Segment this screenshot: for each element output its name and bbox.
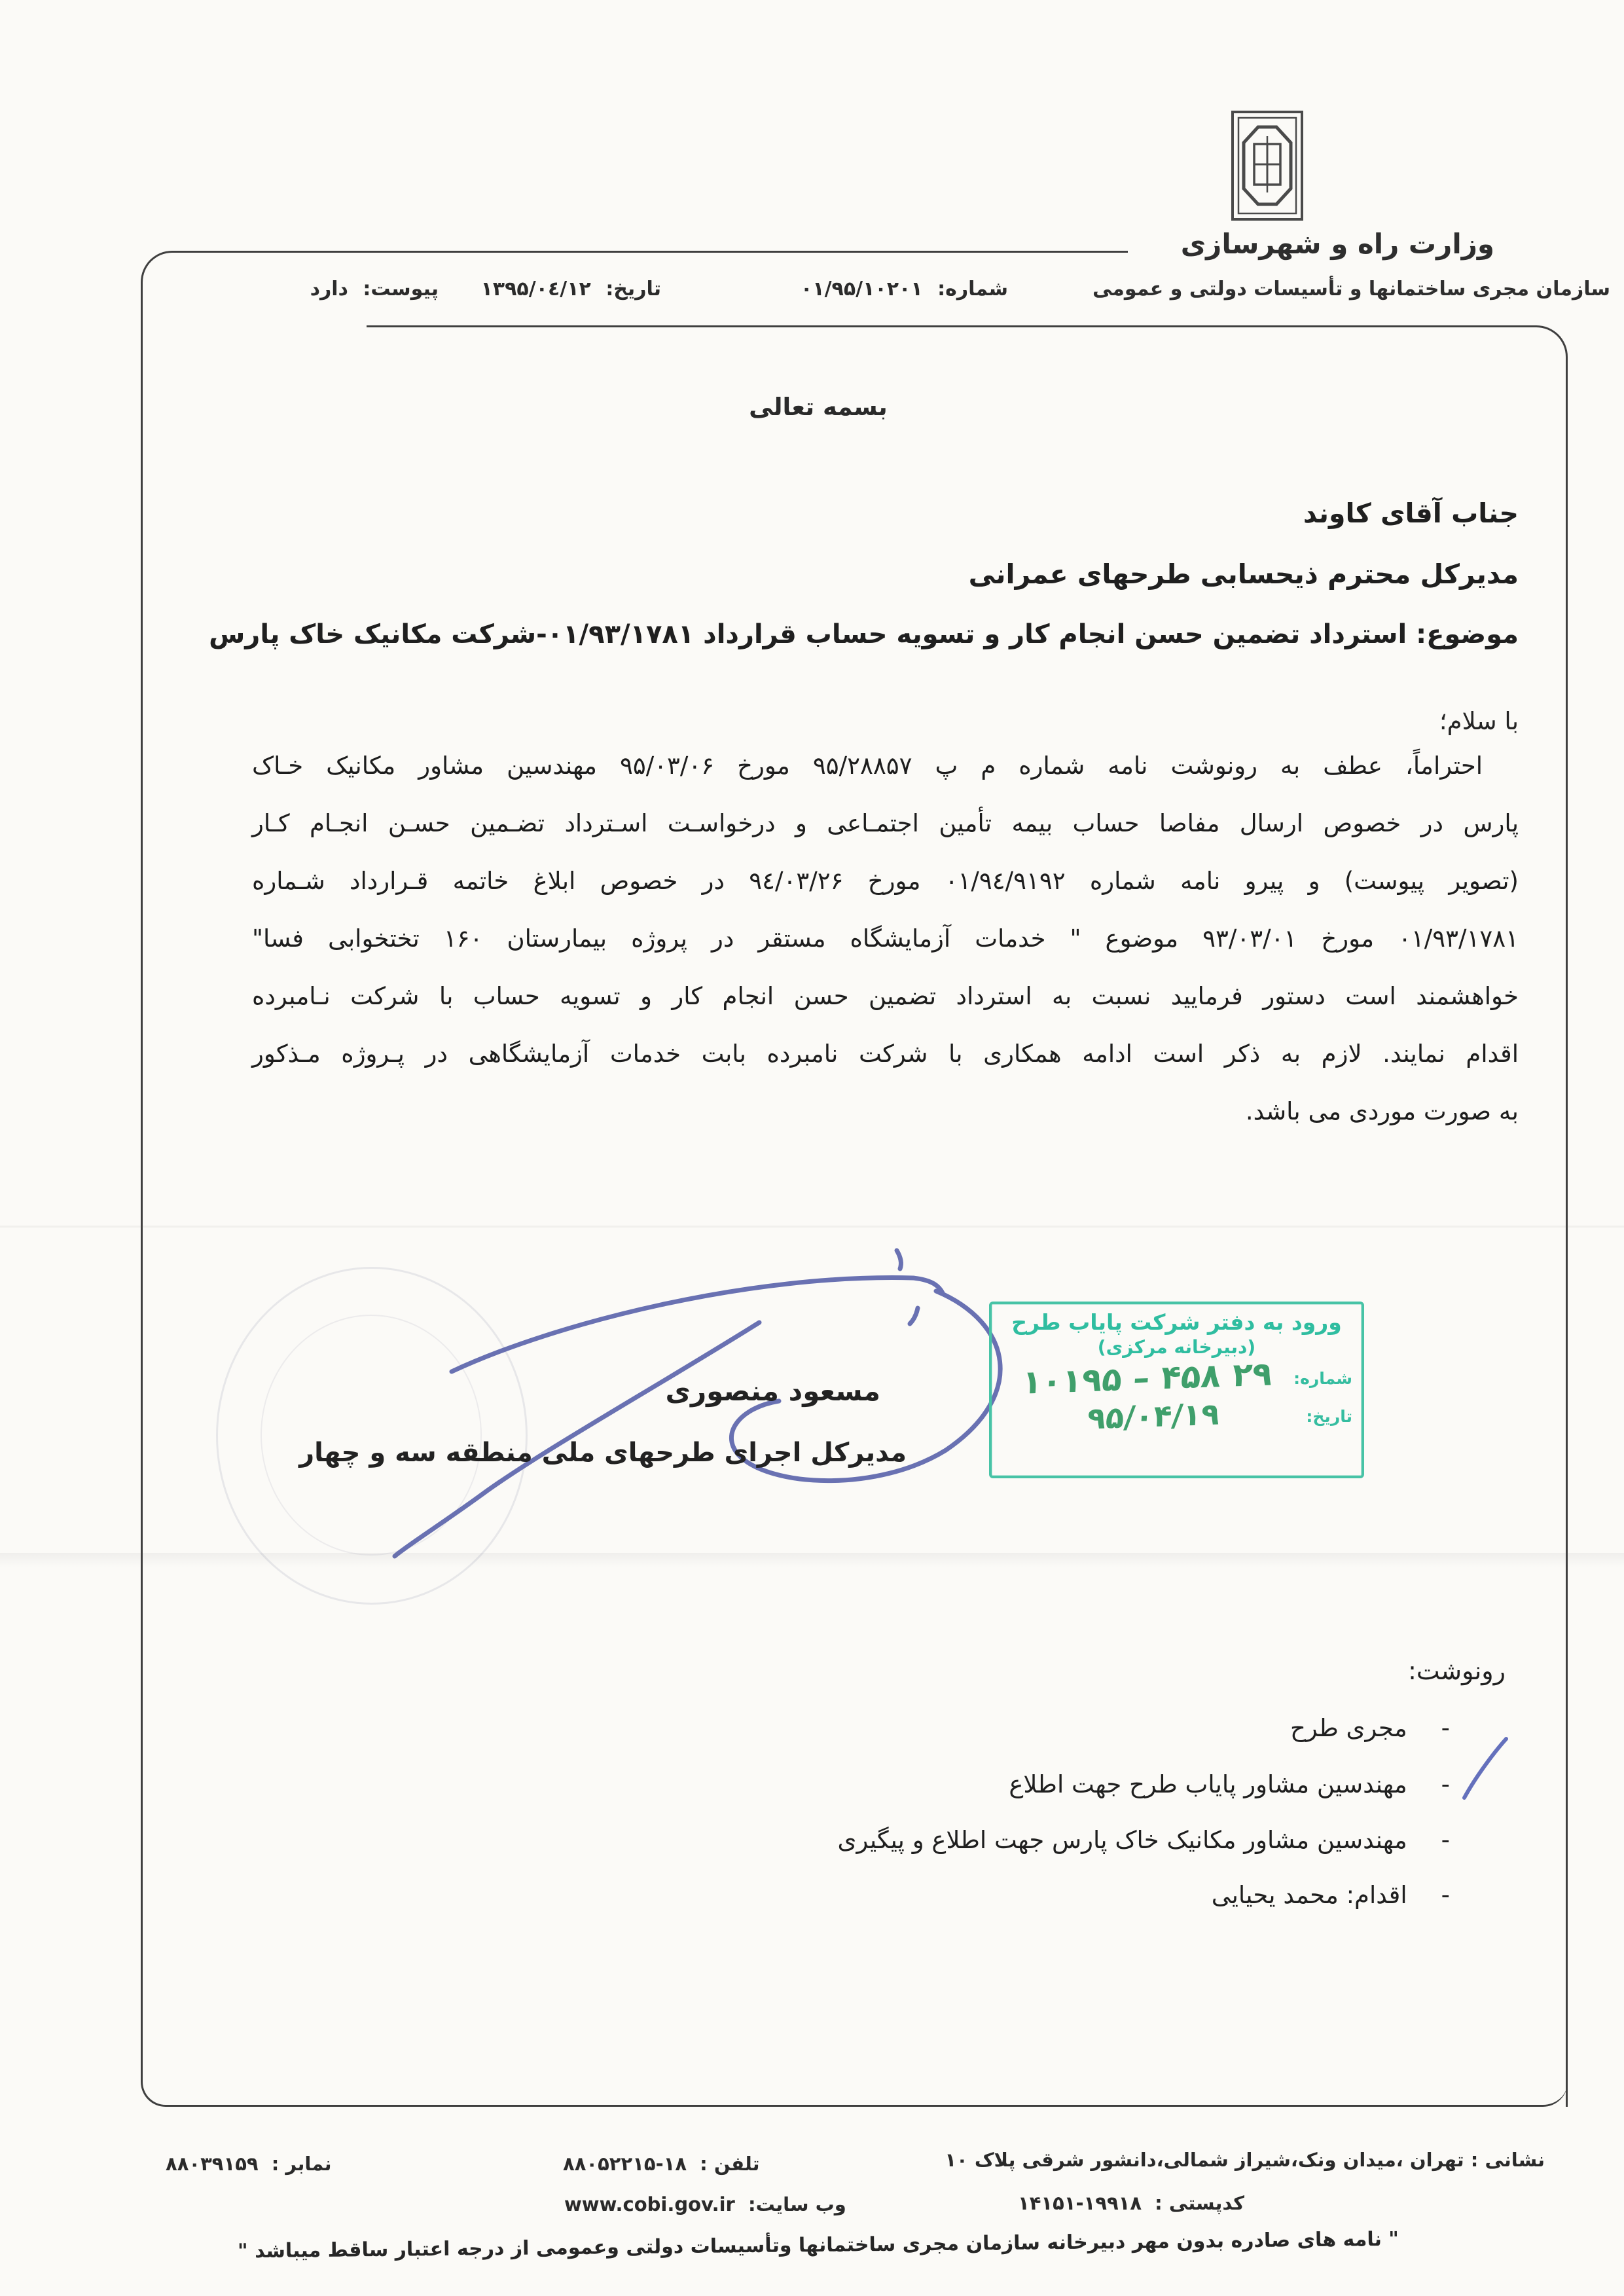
cc-item-3: -مهندسین مشاور مکانیک خاک پارس جهت اطلاع… [838, 1826, 1451, 1854]
cc-item-2: -مهندسین مشاور پایاب طرح جهت اطلاع [1009, 1770, 1450, 1798]
footer-fax-value: ۸۸۰۳۹۱۵۹ [166, 2153, 259, 2175]
cc-bullet: - [1441, 1770, 1450, 1798]
body-line-6: اقدام نمایند. لازم به ذکر است ادامه همکا… [252, 1040, 1519, 1085]
cc-item-4: -اقدام: محمد یحیایی [1212, 1881, 1450, 1909]
signatory-title: مدیرکل اجرای طرحهای ملی منطقه سه و چهار [299, 1438, 907, 1468]
entry-stamp-number-label: شماره: [1293, 1369, 1352, 1388]
footer-fax-label: نمابر : [272, 2153, 332, 2175]
footer-website: وب سایت: www.cobi.gov.ir [564, 2193, 846, 2215]
cc-item-1: -مجری طرح [1290, 1714, 1450, 1742]
entry-stamp-date-label: تاریخ: [1306, 1407, 1352, 1426]
cc-item-1-text: مجری طرح [1290, 1714, 1407, 1742]
footer-fax: نمابر : ۸۸۰۳۹۱۵۹ [166, 2153, 332, 2175]
body-line-5: خواهشمند است دستور فرمایید نسبت به استرد… [252, 982, 1519, 1028]
body-line-4: ۰۱/۹۳/۱۷۸۱ مورخ ۹۳/۰۳/۰۱ موضوع " خدمات آ… [252, 924, 1519, 970]
entry-stamp-title: ورود به دفتر شرکت پایاب طرح [992, 1309, 1362, 1335]
footer-phone: تلفن : ۸۸۰۵۲۲۱۵-۱۸ [563, 2153, 760, 2175]
entry-stamp: ورود به دفتر شرکت پایاب طرح (دبیرخانه مر… [989, 1302, 1364, 1478]
cc-item-2-text: مهندسین مشاور پایاب طرح جهت اطلاع [1009, 1770, 1407, 1798]
cc-bullet: - [1441, 1826, 1450, 1854]
letter-number: شماره: ۰۱/۹۵/۱۰۲۰۱ [801, 278, 1008, 301]
letter-number-value: ۰۱/۹۵/۱۰۲۰۱ [801, 278, 923, 301]
body-line-7: به صورت موردی می باشد. [252, 1097, 1519, 1143]
signatory-name: مسعود منصوری [666, 1375, 881, 1407]
subject-line: موضوع: استرداد تضمین حسن انجام کار و تسو… [209, 619, 1519, 649]
entry-stamp-date-row: تاریخ: ۹۵/۰۴/۱۹ [992, 1398, 1362, 1434]
footer-phone-value: ۸۸۰۵۲۲۱۵-۱۸ [563, 2153, 687, 2175]
cc-bullet: - [1441, 1881, 1450, 1909]
cc-item-4-text: اقدام: محمد یحیایی [1212, 1881, 1407, 1909]
body-line-2: پارس در خصوص ارسال مفاصا حساب بیمه تأمین… [252, 809, 1519, 855]
letter-date-value: ۱۳۹۵/۰٤/۱۲ [480, 278, 590, 301]
ministry-name: وزارت راه و شهرسازی [1181, 228, 1494, 260]
scan-crease [0, 1226, 1624, 1228]
footer-postal-code: کدپستی : ۱۴۱۵۱-۱۹۹۱۸ [1018, 2192, 1244, 2214]
recipient-title: مدیرکل محترم ذیحسابی طرحهای عمرانی [969, 558, 1519, 590]
signature-ink [353, 1231, 1041, 1584]
entry-stamp-number-row: شماره: ۱۰۱۹۵ – ۴۵۸ ۲۹ [992, 1359, 1362, 1397]
pen-check-icon [1456, 1734, 1512, 1802]
cc-item-3-text: مهندسین مشاور مکانیک خاک پارس جهت اطلاع … [838, 1826, 1407, 1854]
recipient-name: جناب آقای کاوند [1303, 498, 1519, 529]
footer-disclaimer: " نامه های صادره بدون مهر دبیرخانه سازما… [190, 2227, 1447, 2263]
letter-attachment-label: پیوست: [363, 278, 439, 301]
ministry-emblem-icon [1231, 110, 1304, 221]
letter-attachment: پیوست: دارد [310, 278, 439, 301]
letter-attachment-value: دارد [310, 278, 348, 301]
entry-stamp-subtitle: (دبیرخانه مرکزی) [992, 1336, 1362, 1358]
cc-bullet: - [1441, 1714, 1450, 1742]
footer-website-label: وب سایت: [748, 2193, 846, 2215]
footer-address: نشانی : تهران ،میدان ونک،شیراز شمالی،دان… [945, 2149, 1545, 2171]
letter-number-label: شماره: [937, 278, 1008, 301]
footer-postal-label: کدپستی : [1155, 2192, 1244, 2214]
footer-phone-label: تلفن : [700, 2153, 759, 2175]
organization-name: سازمان مجری ساختمانها و تأسیسات دولتی و … [1092, 278, 1610, 301]
letter-date: تاریخ: ۱۳۹۵/۰٤/۱۲ [480, 278, 661, 301]
scan-crease [0, 1553, 1624, 1567]
cc-label: رونوشت: [1408, 1656, 1506, 1685]
body-line-1: احتراماً، عطف به رونوشت نامه شماره م پ ۹… [252, 752, 1519, 797]
letter-date-label: تاریخ: [605, 278, 661, 301]
greeting: با سلام؛ [1439, 707, 1519, 735]
footer-postal-value: ۱۴۱۵۱-۱۹۹۱۸ [1018, 2192, 1142, 2214]
footer-website-value: www.cobi.gov.ir [564, 2193, 735, 2215]
body-line-3: (تصویر پیوست) و پیرو نامه شماره ۰۱/۹٤/۹۱… [252, 867, 1519, 913]
letter-page: وزارت راه و شهرسازی سازمان مجری ساختمانه… [0, 0, 1624, 2296]
besmeleh: بسمه تعالی [687, 393, 949, 421]
